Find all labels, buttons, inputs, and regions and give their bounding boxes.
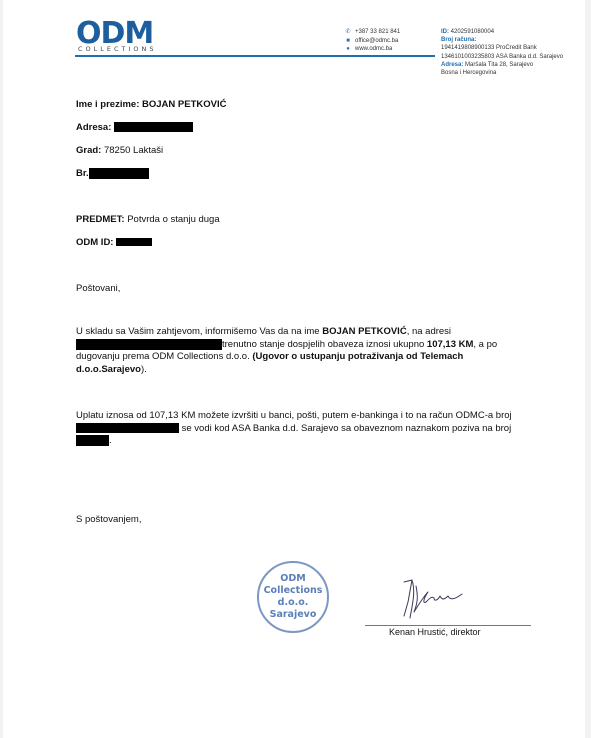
company-id: ID: 4202591080004	[441, 28, 563, 36]
closing: S poštovanjem,	[76, 514, 546, 527]
redacted-number	[89, 168, 149, 179]
paragraph-debt-status: U skladu sa Vašim zahtjevom, informišemo…	[76, 326, 546, 377]
account-label: Broj računa:	[441, 36, 563, 44]
document-page: ODM COLLECTIONS ✆ +387 33 821 841 ■ offi…	[3, 0, 585, 738]
account-line: 1346101003235803 ASA Banka d.d. Sarajevo	[441, 53, 563, 61]
contact-phone: ✆ +387 33 821 841	[345, 28, 400, 37]
company-details: ID: 4202591080004 Broj računa: 194141980…	[441, 28, 563, 77]
odm-id: ODM ID:	[76, 237, 152, 249]
account-line: 1941419808900133 ProCredit Bank	[441, 44, 563, 52]
handwritten-signature	[398, 572, 468, 622]
contact-website: ● www.odmc.ba	[345, 45, 400, 54]
redacted-account-number	[76, 423, 179, 433]
company-logo: ODM	[76, 20, 153, 48]
redacted-address	[76, 339, 222, 350]
header-divider	[75, 55, 435, 57]
mail-icon: ■	[345, 37, 351, 46]
signer-name: Kenan Hrustić, direktor	[389, 627, 481, 637]
greeting: Poštovani,	[76, 283, 546, 296]
signature-line	[365, 625, 531, 626]
recipient-city: Grad: 78250 Laktaši	[76, 145, 163, 157]
phone-icon: ✆	[345, 28, 351, 37]
company-stamp: ODM Collections d.o.o. Sarajevo	[257, 561, 329, 633]
redacted-address	[114, 122, 193, 132]
subject-line: PREDMET: Potvrda o stanju duga	[76, 214, 220, 226]
redacted-odm-id	[116, 238, 152, 246]
globe-icon: ●	[345, 45, 351, 54]
recipient-address: Adresa:	[76, 122, 193, 134]
recipient-name: Ime i prezime: BOJAN PETKOVIĆ	[76, 99, 226, 111]
company-address: Adresa: Maršala Tita 28, Sarajevo	[441, 61, 563, 69]
company-country: Bosna i Hercegovina	[441, 69, 563, 77]
company-logo-subtitle: COLLECTIONS	[78, 45, 157, 53]
contact-info: ✆ +387 33 821 841 ■ office@odmc.ba ● www…	[345, 28, 400, 54]
contact-email: ■ office@odmc.ba	[345, 37, 400, 46]
redacted-reference-number	[76, 435, 109, 446]
recipient-number: Br.:	[76, 168, 149, 180]
paragraph-payment-instructions: Uplatu iznosa od 107,13 KM možete izvrši…	[76, 410, 546, 448]
